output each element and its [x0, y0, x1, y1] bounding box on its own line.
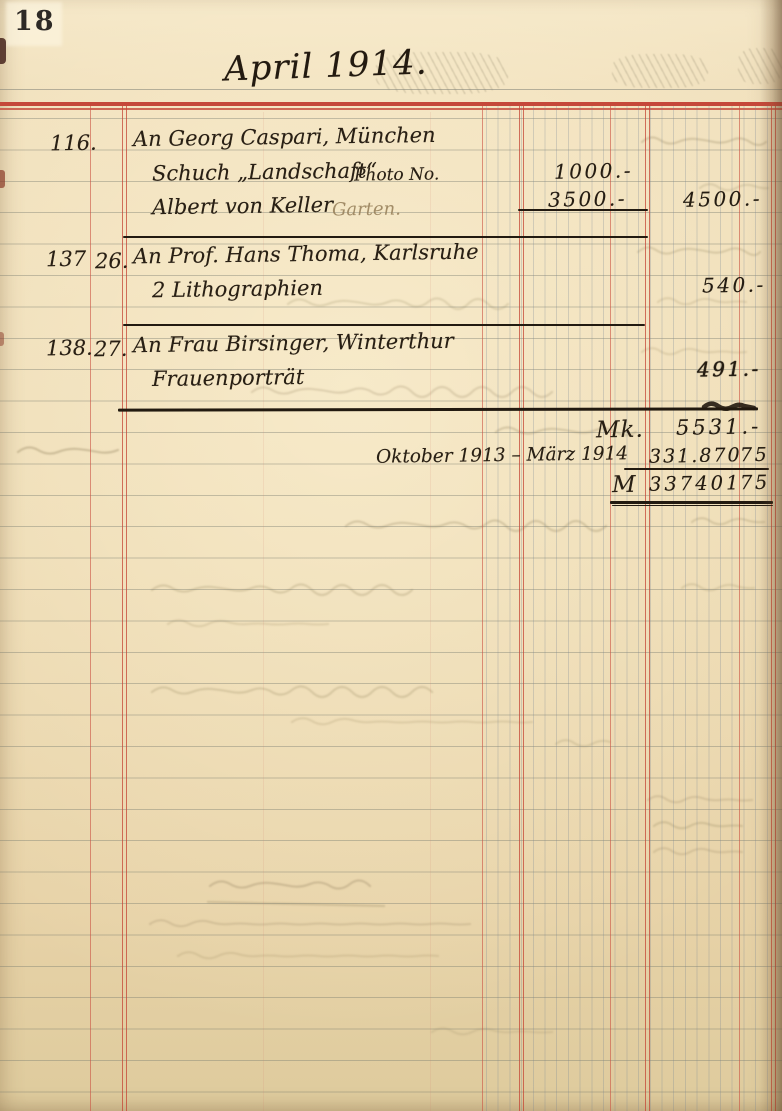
- grand-total-label: M: [612, 472, 637, 498]
- period-amount: 331.870: [649, 444, 742, 468]
- entry-date: 27.: [94, 337, 128, 361]
- entry-total: 540.-: [702, 272, 766, 297]
- red-column-line: [739, 106, 740, 1111]
- entry-payee: An Georg Caspari, München: [133, 123, 436, 151]
- entry-payee: An Frau Birsinger, Winterthur: [133, 329, 454, 357]
- entry-total: 491.-: [697, 356, 761, 381]
- month-total: 5531.-: [676, 414, 762, 439]
- ink-scribble: [700, 398, 760, 416]
- ink-sum-rule: [624, 468, 769, 470]
- entry-number: 116.: [50, 131, 97, 156]
- entry-item: Frauenporträt: [152, 365, 304, 391]
- entry-date: 26.: [95, 249, 129, 273]
- edge-mark: [0, 38, 6, 64]
- entry-payee: An Prof. Hans Thoma, Karlsruhe: [133, 240, 479, 269]
- entry-amount: 3500.-: [548, 186, 627, 211]
- period-label: Oktober 1913 – März 1914: [376, 443, 628, 468]
- entry-total: 4500.-: [683, 186, 762, 211]
- ink-double-rule: [610, 501, 773, 504]
- amount-subgrid: [486, 106, 778, 1111]
- entry-item: Schuch „Landschaft“: [152, 158, 377, 185]
- entry-item: 2 Lithographien: [152, 276, 323, 302]
- page-title: April 1914.: [223, 42, 428, 89]
- page-edge-shadow: [760, 0, 782, 1111]
- entry-number: 138.: [46, 336, 93, 361]
- entry-number: 137: [46, 247, 86, 272]
- edge-mark: [0, 332, 4, 346]
- entry-amount: 1000.-: [554, 158, 633, 183]
- entry-item-note-pencil: Garten.: [332, 199, 401, 221]
- red-column-line: [649, 106, 650, 1111]
- edge-mark: [0, 170, 5, 188]
- entry-item-note: Photo No.: [354, 164, 440, 185]
- ledger-page-scan: 18 April 1914. 116. An Georg Caspari, Mü…: [0, 0, 782, 1111]
- currency-label: Mk.: [596, 417, 644, 444]
- red-column-line: [482, 106, 483, 1111]
- red-column-line: [610, 106, 611, 1111]
- red-margin-line: [90, 106, 91, 1111]
- red-column-line: [645, 106, 646, 1111]
- pencil-hatch-scribble: [612, 54, 708, 88]
- page-number: 18: [14, 6, 56, 37]
- grand-total-amount: 337401: [649, 471, 742, 496]
- red-column-line: [523, 106, 524, 1111]
- red-column-line: [519, 106, 520, 1111]
- entry-item: Albert von Keller: [152, 193, 333, 220]
- header-rule: [0, 89, 782, 90]
- ink-sum-rule: [518, 209, 648, 211]
